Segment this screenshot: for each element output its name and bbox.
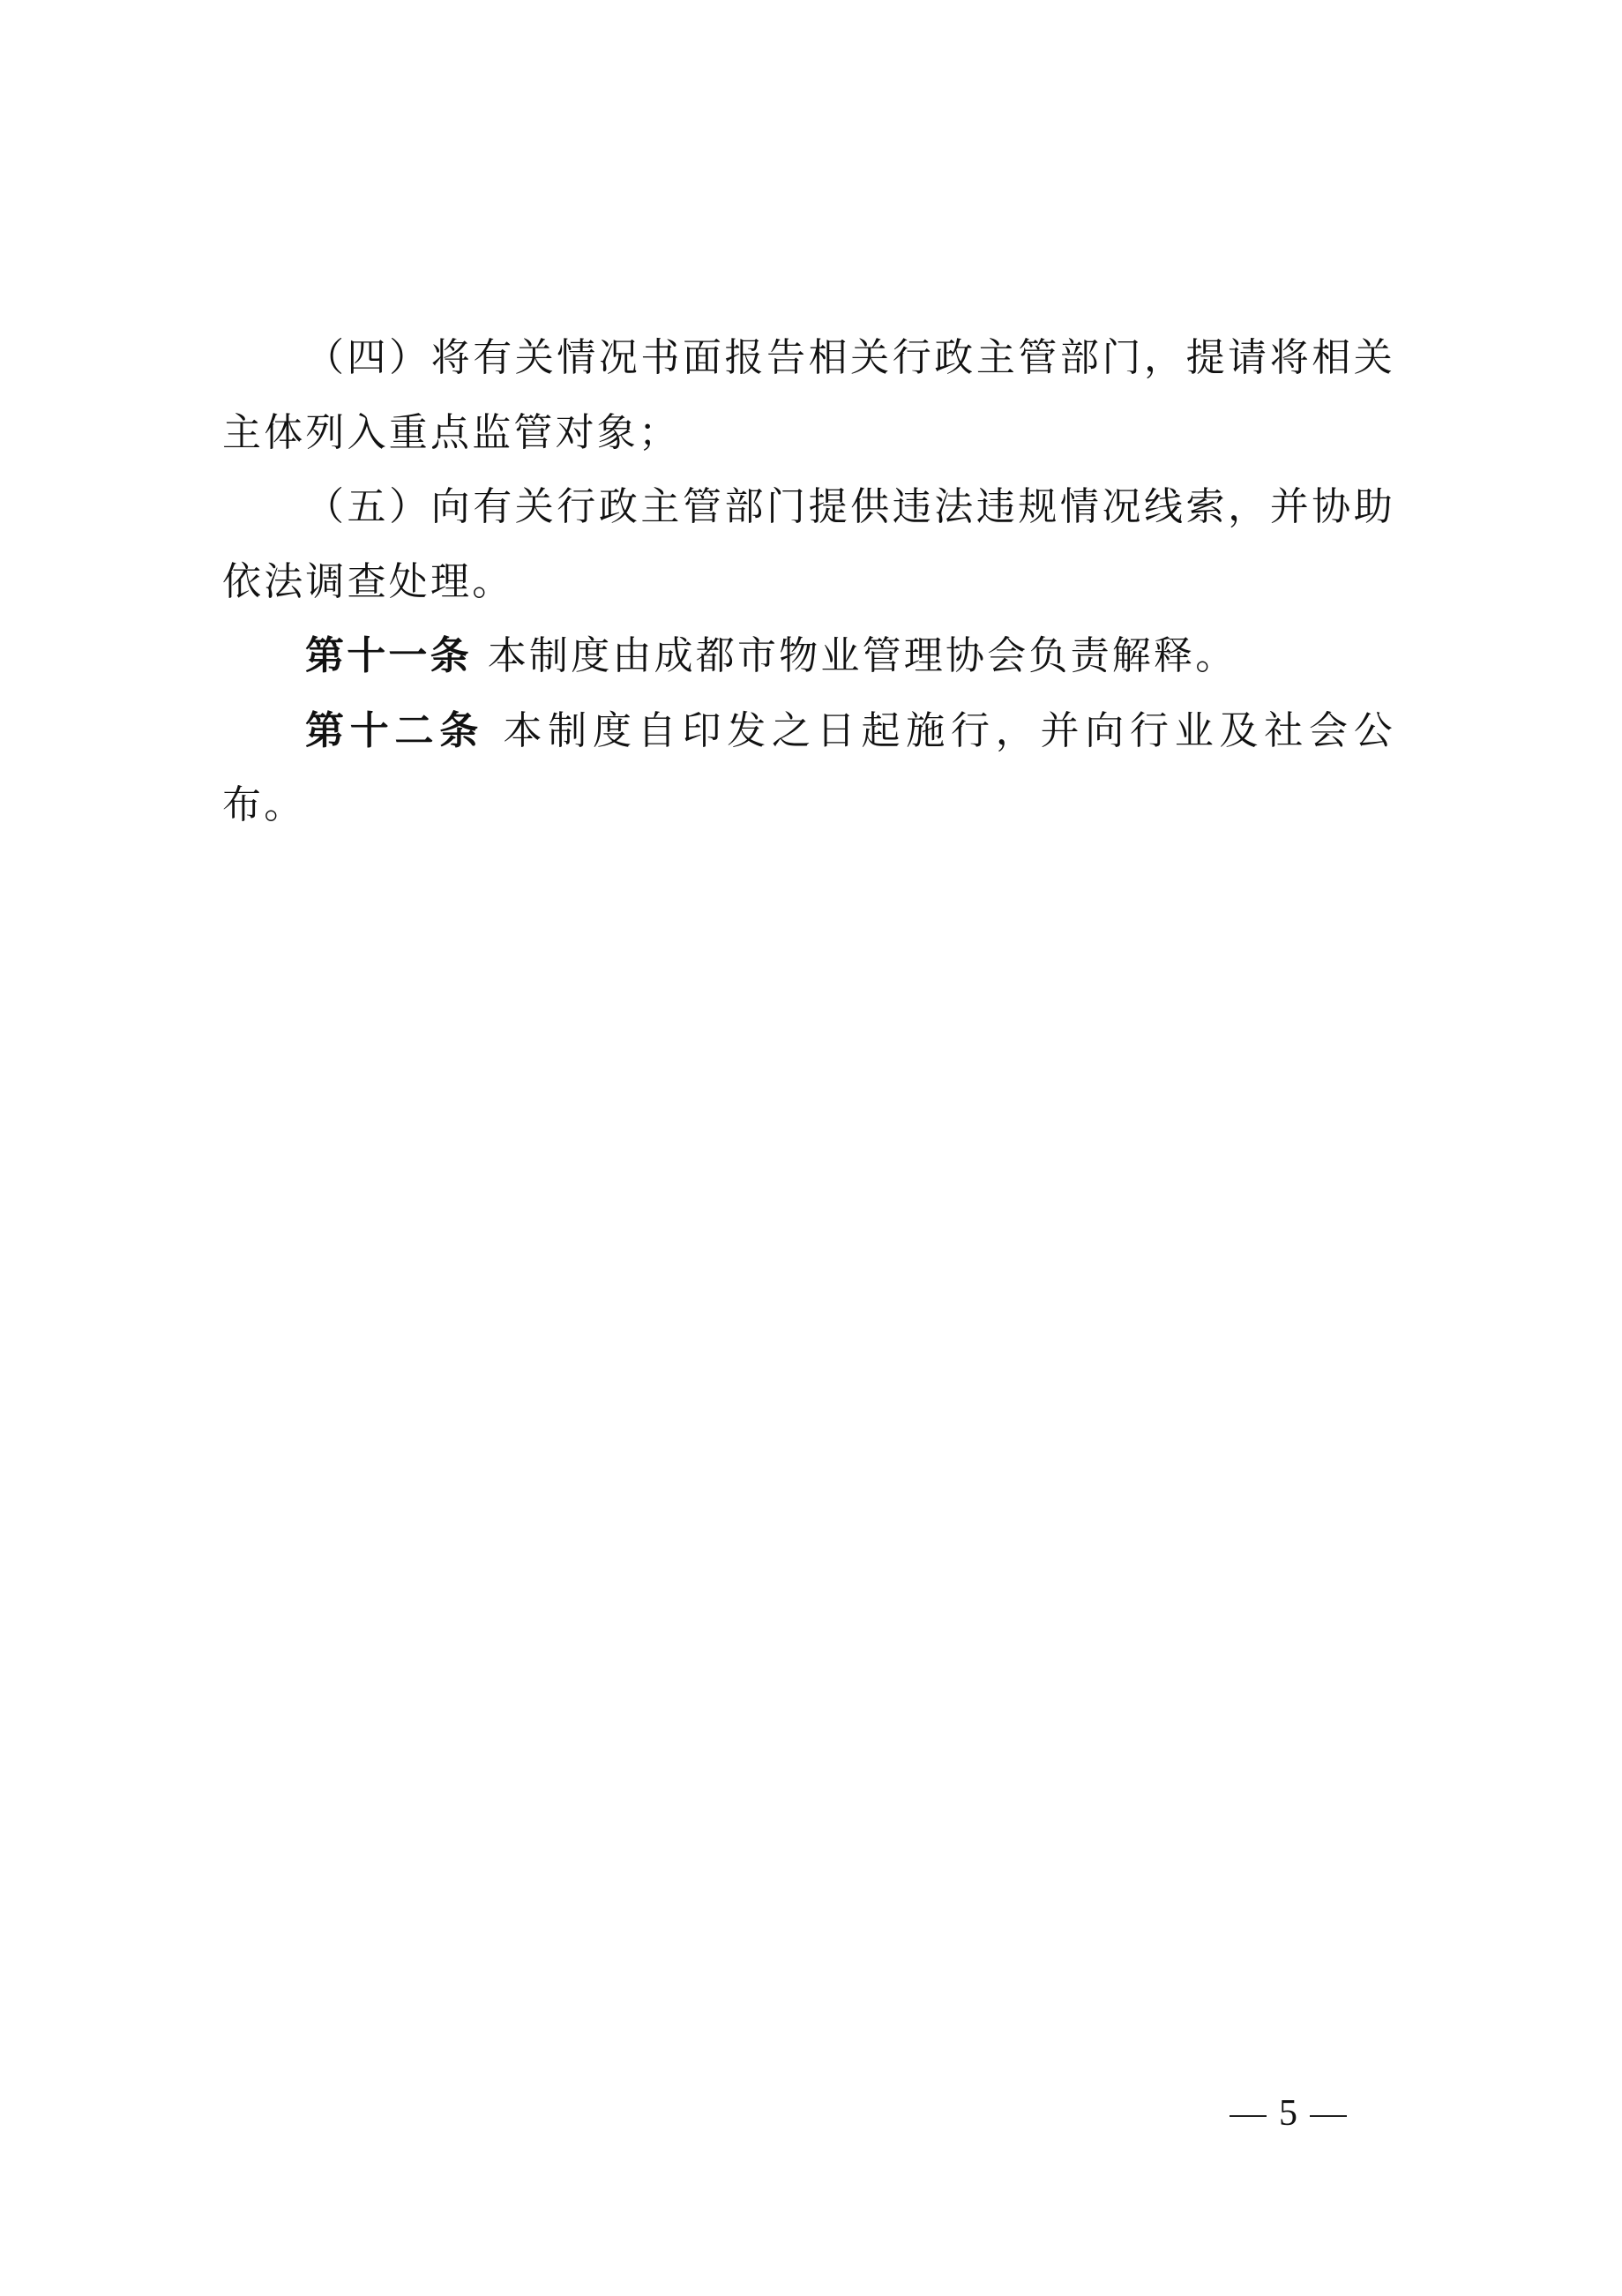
document-body: （四）将有关情况书面报告相关行政主管部门，提请将相关主体列入重点监管对象； （五… <box>222 321 1395 843</box>
article-12-heading: 第十二条 <box>305 708 484 753</box>
page-number-right-dash <box>1310 2115 1347 2117</box>
page-number-value: 5 <box>1279 2093 1297 2134</box>
document-page: （四）将有关情况书面报告相关行政主管部门，提请将相关主体列入重点监管对象； （五… <box>0 0 1622 2296</box>
page-number-left-dash <box>1230 2115 1267 2117</box>
page-number: 5 <box>1217 2092 1358 2135</box>
article-11-heading: 第十一条 <box>305 633 472 678</box>
list-item-5: （五）向有关行政主管部门提供违法违规情况线索，并协助依法调查处理。 <box>222 470 1395 619</box>
article-11: 第十一条本制度由成都市物业管理协会负责解释。 <box>222 619 1395 694</box>
article-12: 第十二条本制度自印发之日起施行，并向行业及社会公布。 <box>222 694 1395 843</box>
list-item-4: （四）将有关情况书面报告相关行政主管部门，提请将相关主体列入重点监管对象； <box>222 321 1395 470</box>
article-11-text: 本制度由成都市物业管理协会负责解释。 <box>488 633 1237 678</box>
